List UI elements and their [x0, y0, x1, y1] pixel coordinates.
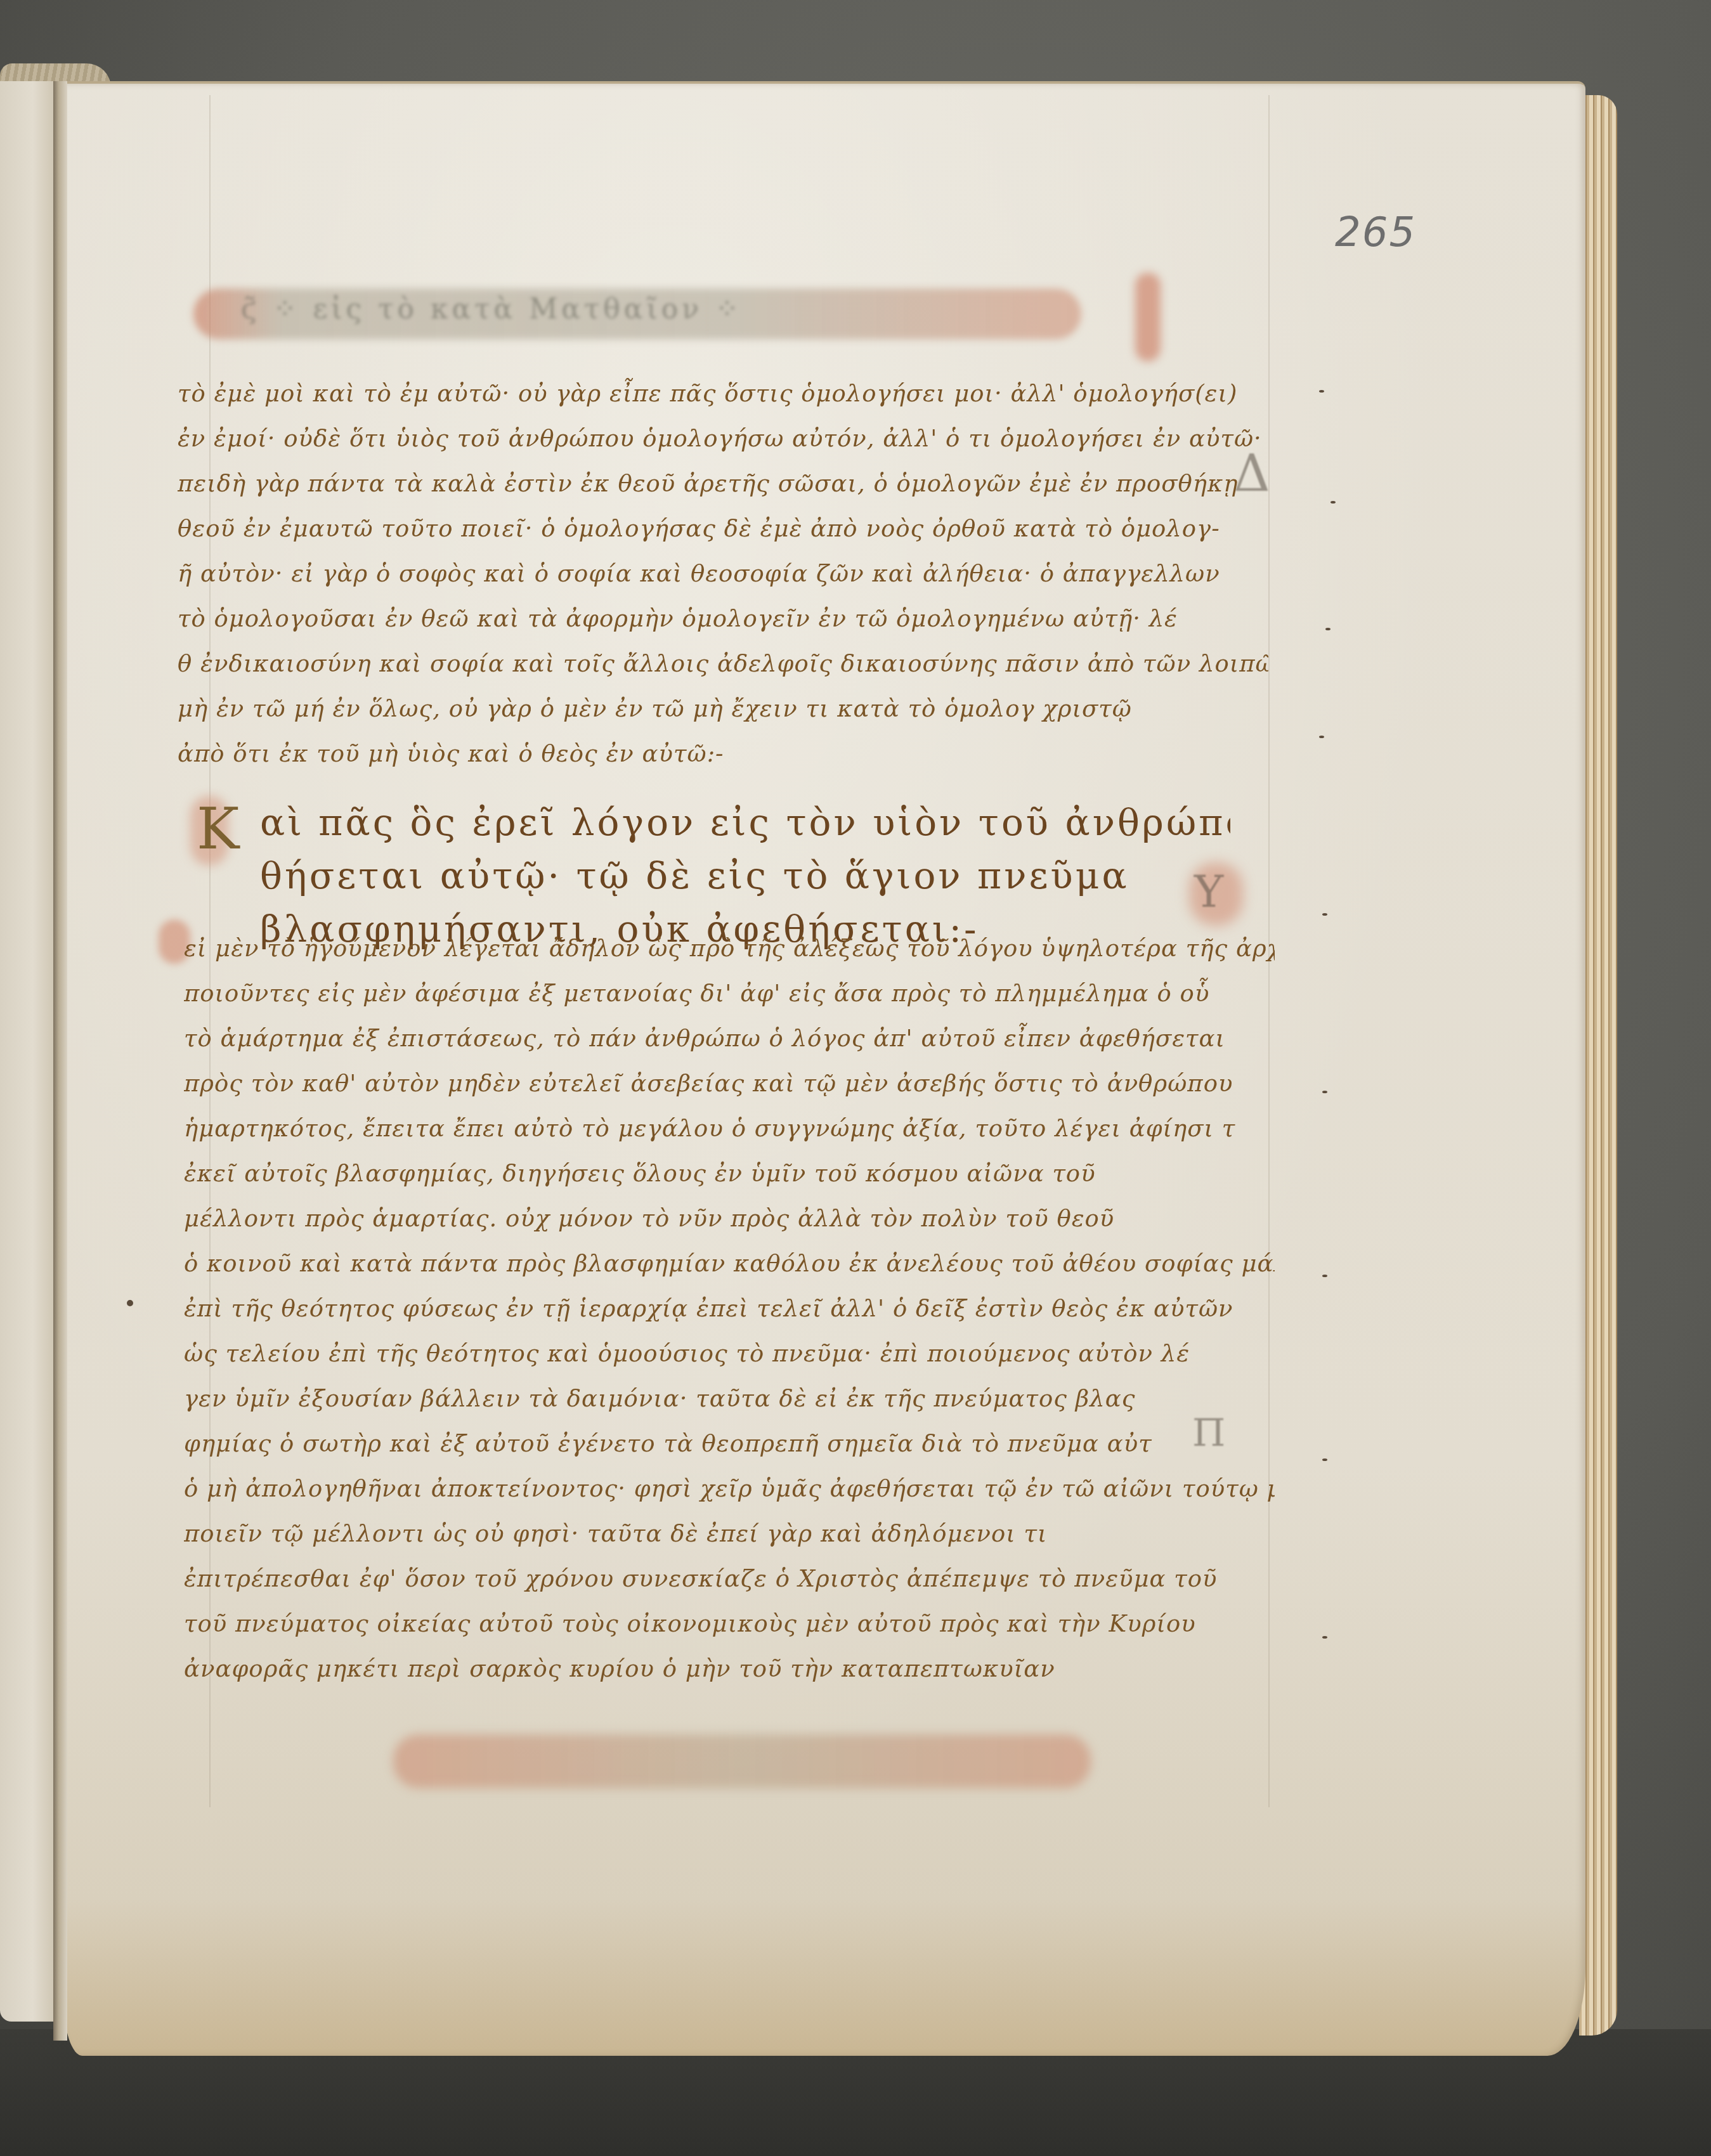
text-line: θεοῦ ἐν ἐμαυτῶ τοῦτο ποιεῖ· ὁ ὁμολογήσας…: [178, 506, 1268, 551]
text-line: τὸ ἐμὲ μοὶ καὶ τὸ ἐμ αὐτῶ· οὐ γὰρ εἶπε π…: [178, 371, 1268, 416]
text-line: φημίας ὁ σωτὴρ καὶ ἐξ αὐτοῦ ἐγένετο τὰ θ…: [184, 1421, 1275, 1466]
headpiece-text: ϛ̃ ⁘ εἰς τὸ κατὰ Ματθαῖον ⁘: [241, 293, 1034, 325]
gutter: [53, 81, 67, 2041]
pricking-hole: [1322, 1458, 1327, 1461]
pricking-hole: [1319, 390, 1324, 393]
text-line: πρὸς τὸν καθ' αὐτὸν μηδὲν εὐτελεῖ ἀσεβεί…: [184, 1061, 1275, 1106]
pricking-hole: [127, 1300, 133, 1306]
pricking-hole: [1330, 501, 1336, 503]
text-line: μέλλοντι πρὸς ἁμαρτίας. οὐχ μόνον τὸ νῦν…: [184, 1196, 1275, 1241]
lemma-line: αὶ πᾶς ὃς ἐρεῖ λόγον εἰς τὸν υἱὸν τοῦ ἀν…: [216, 796, 1230, 849]
text-line: θ ἐνδικαιοσύνη καὶ σοφία καὶ τοῖς ἄλλοις…: [178, 641, 1268, 686]
text-line: τὸ ἁμάρτημα ἐξ ἐπιστάσεως, τὸ πάν ἀνθρώπ…: [184, 1016, 1275, 1061]
text-line: μὴ ἐν τῶ μή ἐν ὅλως, οὐ γὰρ ὁ μὲν ἐν τῶ …: [178, 686, 1268, 731]
verso-page-edge: [0, 81, 56, 2022]
text-top: τὸ ἐμὲ μοὶ καὶ τὸ ἐμ αὐτῶ· οὐ γὰρ εἶπε π…: [178, 371, 1268, 776]
folio-number: 265: [1335, 209, 1416, 256]
text-line: ὡς τελείου ἐπὶ τῆς θεότητος καὶ ὁμοούσιο…: [184, 1331, 1275, 1376]
text-line: ἐπὶ τῆς θεότητος φύσεως ἐν τῇ ἱεραρχίᾳ ἐ…: [184, 1286, 1275, 1331]
marginal-letter-delta: Δ: [1233, 444, 1270, 503]
text-line: ὁ κοινοῦ καὶ κατὰ πάντα πρὸς βλασφημίαν …: [184, 1241, 1275, 1286]
pricking-hole: [1322, 1275, 1327, 1277]
text-line: ἀπὸ ὅτι ἐκ τοῦ μὴ ὑιὸς καὶ ὁ θεὸς ἐν αὐτ…: [178, 731, 1268, 776]
text-line: ῆ αὐτὸν· εἰ γὰρ ὁ σοφὸς καὶ ὁ σοφία καὶ …: [178, 551, 1268, 596]
headpiece-ornament: [1135, 273, 1161, 361]
pricking-hole: [1322, 913, 1327, 916]
text-line: πειδὴ γὰρ πάντα τὰ καλὰ ἐστὶν ἐκ θεοῦ ἀρ…: [178, 461, 1268, 506]
text-line: ἀναφορᾶς μηκέτι περὶ σαρκὸς κυρίου ὁ μὴν…: [184, 1646, 1275, 1691]
marginal-letter-upsilon: Υ: [1194, 866, 1223, 918]
text-line: ἐν ἐμοί· οὐδὲ ὅτι ὑιὸς τοῦ ἀνθρώπου ὁμολ…: [178, 416, 1268, 461]
text-line: τοῦ πνεύματος οἰκείας αὐτοῦ τοὺς οἰκονομ…: [184, 1601, 1275, 1646]
pricking-hole: [1322, 1091, 1327, 1093]
pricking-hole: [1322, 1636, 1327, 1639]
text-line: ἐπιτρέπεσθαι ἐφ' ὅσον τοῦ χρόνου συνεσκί…: [184, 1556, 1275, 1601]
text-line: εἰ μὲν τὸ ἡγούμενον λέγεται ἄδηλον ὡς πρ…: [184, 926, 1275, 971]
pricking-hole: [1319, 736, 1324, 738]
text-line: ὁ μὴ ἀπολογηθῆναι ἀποκτείνοντος· φησὶ χε…: [184, 1466, 1275, 1511]
pricking-hole: [1325, 628, 1330, 630]
text-line: ποιοῦντες εἰς μὲν ἀφέσιμα ἐξ μετανοίας δ…: [184, 971, 1275, 1016]
text-line: ἡμαρτηκότος, ἔπειτα ἔπει αὐτὸ τὸ μεγάλου…: [184, 1106, 1275, 1151]
lemma-line: θήσεται αὐτῷ· τῷ δὲ εἰς τὸ ἅγιον πνεῦμα: [216, 849, 1230, 902]
marginal-letter-pi: Π: [1192, 1411, 1225, 1455]
tailpiece-rubric: [393, 1734, 1091, 1788]
text-line: τὸ ὁμολογοῦσαι ἐν θεῶ καὶ τὰ ἀφορμὴν ὁμο…: [178, 596, 1268, 641]
text-line: ἐκεῖ αὐτοῖς βλασφημίας, διηγήσεις ὅλους …: [184, 1151, 1275, 1196]
text-line: γεν ὑμῖν ἐξουσίαν βάλλειν τὰ δαιμόνια· τ…: [184, 1376, 1275, 1421]
text-line: ποιεῖν τῷ μέλλοντι ὡς οὐ φησὶ· ταῦτα δὲ …: [184, 1511, 1275, 1556]
text-bottom: εἰ μὲν τὸ ἡγούμενον λέγεται ἄδηλον ὡς πρ…: [184, 926, 1275, 1691]
